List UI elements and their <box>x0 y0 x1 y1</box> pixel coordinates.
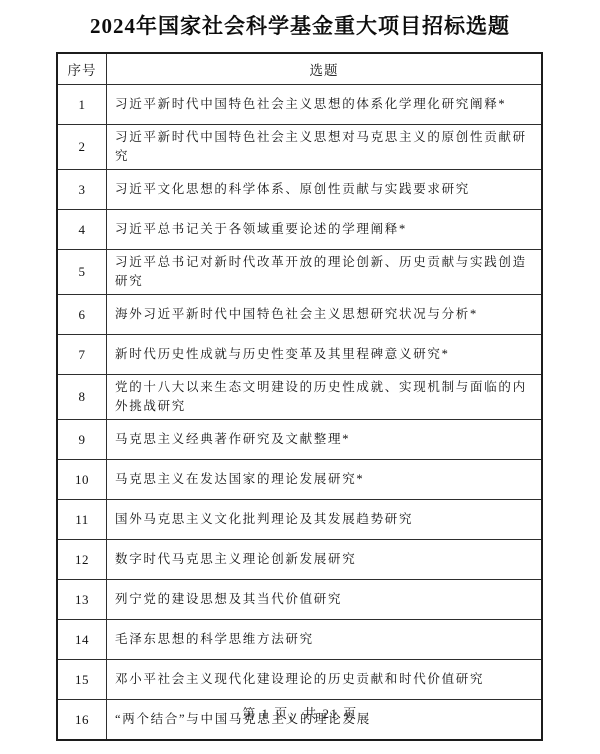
row-number: 11 <box>57 500 107 540</box>
row-topic: 列宁党的建设思想及其当代价值研究 <box>107 580 543 620</box>
document-page: 2024年国家社会科学基金重大项目招标选题 序号 选题 1习近平新时代中国特色社… <box>0 0 600 754</box>
row-topic: 邓小平社会主义现代化建设理论的历史贡献和时代价值研究 <box>107 660 543 700</box>
row-number: 1 <box>57 85 107 125</box>
row-number: 7 <box>57 335 107 375</box>
row-number: 3 <box>57 170 107 210</box>
header-row: 序号 选题 <box>57 53 542 85</box>
column-header-number: 序号 <box>57 53 107 85</box>
row-number: 5 <box>57 250 107 295</box>
row-number: 8 <box>57 375 107 420</box>
row-topic: 海外习近平新时代中国特色社会主义思想研究状况与分析* <box>107 295 543 335</box>
topics-table: 序号 选题 1习近平新时代中国特色社会主义思想的体系化学理化研究阐释*2习近平新… <box>56 52 543 741</box>
row-topic: 毛泽东思想的科学思维方法研究 <box>107 620 543 660</box>
row-topic: 国外马克思主义文化批判理论及其发展趋势研究 <box>107 500 543 540</box>
row-number: 10 <box>57 460 107 500</box>
page-title: 2024年国家社会科学基金重大项目招标选题 <box>0 10 600 40</box>
table-row: 14毛泽东思想的科学思维方法研究 <box>57 620 542 660</box>
page-number-footer: 第 1 页，共 21 页 <box>0 703 600 722</box>
topics-table-header: 序号 选题 <box>57 53 542 85</box>
row-topic: 习近平文化思想的科学体系、原创性贡献与实践要求研究 <box>107 170 543 210</box>
row-number: 2 <box>57 125 107 170</box>
row-topic: 习近平总书记对新时代改革开放的理论创新、历史贡献与实践创造研究 <box>107 250 543 295</box>
row-topic: 马克思主义在发达国家的理论发展研究* <box>107 460 543 500</box>
row-topic: 数字时代马克思主义理论创新发展研究 <box>107 540 543 580</box>
table-row: 4习近平总书记关于各领域重要论述的学理阐释* <box>57 210 542 250</box>
table-row: 2习近平新时代中国特色社会主义思想对马克思主义的原创性贡献研究 <box>57 125 542 170</box>
table-row: 10马克思主义在发达国家的理论发展研究* <box>57 460 542 500</box>
row-topic: 习近平新时代中国特色社会主义思想对马克思主义的原创性贡献研究 <box>107 125 543 170</box>
table-row: 11国外马克思主义文化批判理论及其发展趋势研究 <box>57 500 542 540</box>
row-number: 13 <box>57 580 107 620</box>
topics-table-body: 1习近平新时代中国特色社会主义思想的体系化学理化研究阐释*2习近平新时代中国特色… <box>57 85 542 741</box>
table-row: 3习近平文化思想的科学体系、原创性贡献与实践要求研究 <box>57 170 542 210</box>
table-row: 12数字时代马克思主义理论创新发展研究 <box>57 540 542 580</box>
row-number: 12 <box>57 540 107 580</box>
row-number: 14 <box>57 620 107 660</box>
row-number: 4 <box>57 210 107 250</box>
row-number: 6 <box>57 295 107 335</box>
column-header-topic: 选题 <box>107 53 543 85</box>
table-row: 6海外习近平新时代中国特色社会主义思想研究状况与分析* <box>57 295 542 335</box>
table-row: 7新时代历史性成就与历史性变革及其里程碑意义研究* <box>57 335 542 375</box>
table-row: 1习近平新时代中国特色社会主义思想的体系化学理化研究阐释* <box>57 85 542 125</box>
row-number: 15 <box>57 660 107 700</box>
table-row: 9马克思主义经典著作研究及文献整理* <box>57 420 542 460</box>
table-row: 8党的十八大以来生态文明建设的历史性成就、实现机制与面临的内外挑战研究 <box>57 375 542 420</box>
row-topic: 党的十八大以来生态文明建设的历史性成就、实现机制与面临的内外挑战研究 <box>107 375 543 420</box>
row-topic: 新时代历史性成就与历史性变革及其里程碑意义研究* <box>107 335 543 375</box>
table-row: 5习近平总书记对新时代改革开放的理论创新、历史贡献与实践创造研究 <box>57 250 542 295</box>
row-topic: 习近平新时代中国特色社会主义思想的体系化学理化研究阐释* <box>107 85 543 125</box>
row-topic: 马克思主义经典著作研究及文献整理* <box>107 420 543 460</box>
row-number: 9 <box>57 420 107 460</box>
table-row: 13列宁党的建设思想及其当代价值研究 <box>57 580 542 620</box>
row-topic: 习近平总书记关于各领域重要论述的学理阐释* <box>107 210 543 250</box>
table-row: 15邓小平社会主义现代化建设理论的历史贡献和时代价值研究 <box>57 660 542 700</box>
